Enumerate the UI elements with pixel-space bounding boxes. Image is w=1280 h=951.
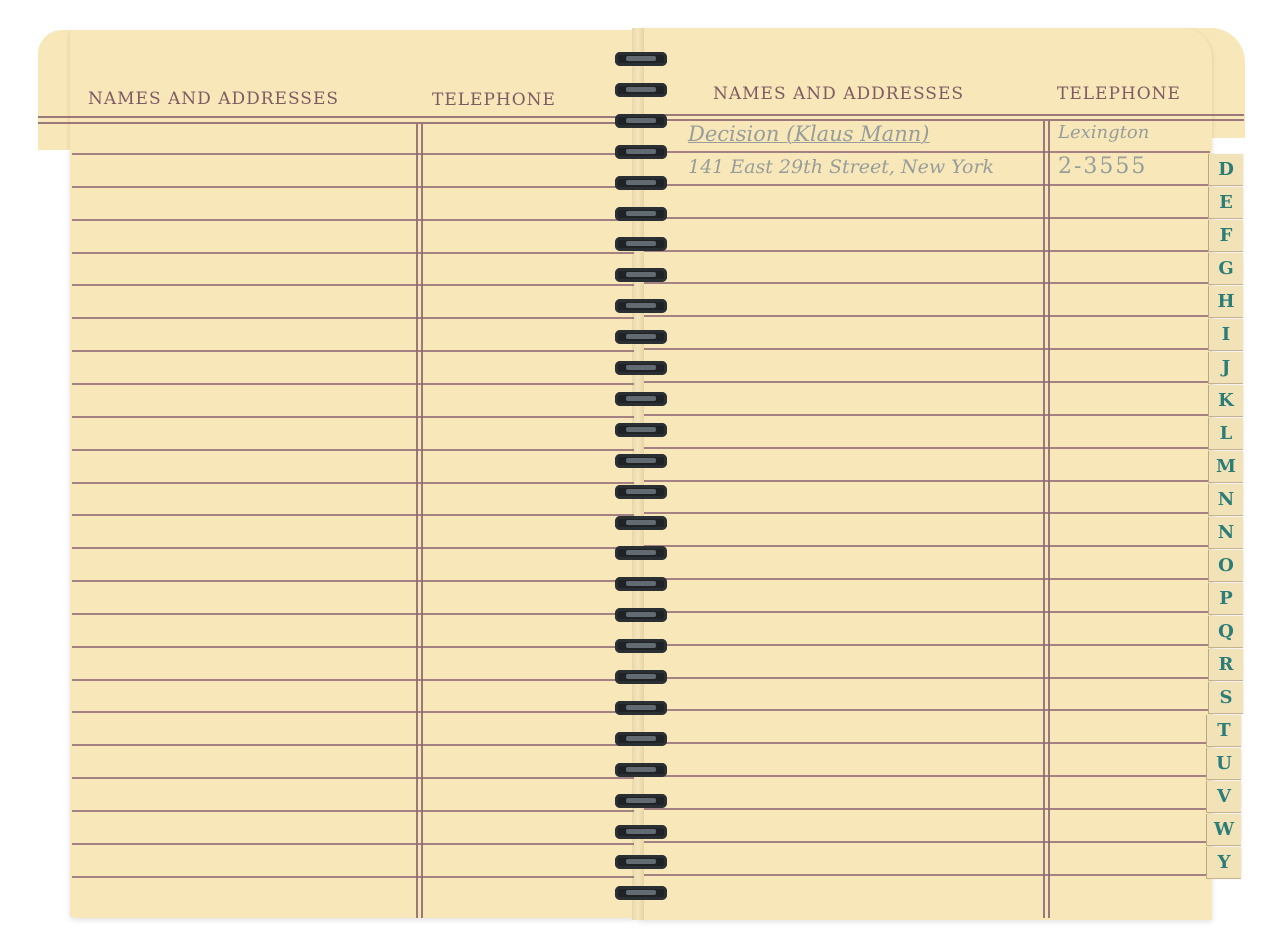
ruled-line (72, 646, 634, 648)
spiral-coil (615, 732, 667, 746)
ruled-line (72, 744, 634, 746)
spiral-coil (615, 361, 667, 375)
index-tab-g[interactable]: G (1208, 253, 1243, 285)
index-tab-e[interactable]: E (1208, 187, 1243, 219)
spiral-coil (615, 454, 667, 468)
ruled-line (644, 512, 1210, 514)
index-tab-u[interactable]: U (1206, 748, 1241, 780)
spiral-coil (615, 608, 667, 622)
ruled-line (644, 250, 1210, 252)
ruled-line (644, 841, 1210, 843)
spiral-coil (615, 701, 667, 715)
spiral-coil (615, 516, 667, 530)
index-tab-m[interactable]: M (1208, 451, 1243, 483)
index-tab-j[interactable]: J (1208, 352, 1243, 384)
spiral-coil (615, 886, 667, 900)
spiral-coil (615, 577, 667, 591)
index-tab-i[interactable]: I (1208, 319, 1243, 351)
index-tab-n[interactable]: N (1208, 517, 1243, 549)
spiral-coil (615, 794, 667, 808)
ruled-line (644, 709, 1210, 711)
ruled-line (72, 383, 634, 385)
right-header-names: NAMES AND ADDRESSES (713, 84, 964, 104)
binding-gutter (632, 28, 644, 920)
ruled-line (72, 514, 634, 516)
index-tab-f[interactable]: F (1208, 220, 1243, 252)
ruled-line (72, 843, 634, 845)
right-header-telephone: TELEPHONE (1057, 84, 1181, 104)
ruled-line (72, 416, 634, 418)
spiral-coil (615, 114, 667, 128)
ruled-line (644, 742, 1210, 744)
spiral-coil (615, 52, 667, 66)
ruled-line (72, 580, 634, 582)
ruled-line (72, 810, 634, 812)
ruled-line (644, 480, 1210, 482)
ruled-line (644, 808, 1210, 810)
right-header-rule-bottom (644, 119, 1244, 121)
entry-address: 141 East 29th Street, New York (688, 156, 994, 178)
index-tab-t[interactable]: T (1206, 715, 1241, 747)
index-tab-p[interactable]: P (1208, 583, 1243, 615)
ruled-line (644, 184, 1210, 186)
ruled-line (644, 677, 1210, 679)
ruled-line (72, 284, 634, 286)
ruled-line (72, 219, 634, 221)
ruled-line (644, 315, 1210, 317)
ruled-line (72, 547, 634, 549)
index-tab-v[interactable]: V (1206, 781, 1241, 813)
index-tab-y[interactable]: Y (1206, 847, 1241, 879)
ruled-line (644, 545, 1210, 547)
spiral-coil (615, 268, 667, 282)
ruled-line (644, 578, 1210, 580)
spiral-coil (615, 423, 667, 437)
index-tab-k[interactable]: K (1208, 385, 1243, 417)
ruled-line (644, 447, 1210, 449)
right-column-divider-a (1043, 121, 1045, 918)
left-header-names: NAMES AND ADDRESSES (88, 89, 339, 109)
ruled-line (72, 317, 634, 319)
left-column-divider-b (421, 124, 423, 918)
ruled-line (72, 153, 634, 155)
index-tab-h[interactable]: H (1208, 286, 1243, 318)
right-header-rule-top (644, 114, 1244, 116)
ruled-line (72, 711, 634, 713)
spiral-coil (615, 855, 667, 869)
index-tab-d[interactable]: D (1208, 154, 1243, 186)
spiral-coil (615, 176, 667, 190)
index-tab-n[interactable]: N (1208, 484, 1243, 516)
ruled-line (644, 874, 1210, 876)
ruled-line (644, 381, 1210, 383)
index-tab-q[interactable]: Q (1208, 616, 1243, 648)
ruled-line (644, 348, 1210, 350)
spiral-coil (615, 207, 667, 221)
index-tab-s[interactable]: S (1208, 682, 1243, 714)
spiral-coil (615, 639, 667, 653)
ruled-line (644, 644, 1210, 646)
spiral-coil (615, 763, 667, 777)
ruled-line (644, 151, 1210, 153)
ruled-line (72, 186, 634, 188)
left-page (70, 30, 636, 918)
right-column-divider-b (1048, 121, 1050, 918)
entry-telephone-exchange: Lexington (1058, 122, 1149, 143)
spiral-coil (615, 330, 667, 344)
entry-name: Decision (Klaus Mann) (688, 122, 929, 146)
spiral-coil (615, 145, 667, 159)
ruled-line (72, 876, 634, 878)
left-column-divider-a (416, 124, 418, 918)
spiral-coil (615, 485, 667, 499)
ruled-line (72, 482, 634, 484)
ruled-line (644, 217, 1210, 219)
index-tab-r[interactable]: R (1208, 649, 1243, 681)
ruled-line (72, 777, 634, 779)
ruled-line (72, 252, 634, 254)
left-header-rule-top (38, 116, 636, 118)
ruled-line (644, 414, 1210, 416)
ruled-line (644, 282, 1210, 284)
spiral-coil (615, 670, 667, 684)
ruled-line (644, 775, 1210, 777)
entry-telephone-number: 2-3555 (1058, 154, 1147, 179)
ruled-line (644, 611, 1210, 613)
ruled-line (72, 679, 634, 681)
ruled-line (72, 350, 634, 352)
spiral-coil (615, 83, 667, 97)
spiral-coil (615, 825, 667, 839)
spiral-coil (615, 392, 667, 406)
index-tab-l[interactable]: L (1208, 418, 1243, 450)
spiral-coil (615, 299, 667, 313)
index-tab-o[interactable]: O (1208, 550, 1243, 582)
ruled-line (72, 449, 634, 451)
ruled-line (72, 613, 634, 615)
spiral-coil (615, 546, 667, 560)
spiral-coil (615, 237, 667, 251)
left-header-telephone: TELEPHONE (432, 90, 556, 110)
index-tab-w[interactable]: W (1206, 814, 1241, 846)
left-header-rule-bottom (38, 122, 636, 124)
